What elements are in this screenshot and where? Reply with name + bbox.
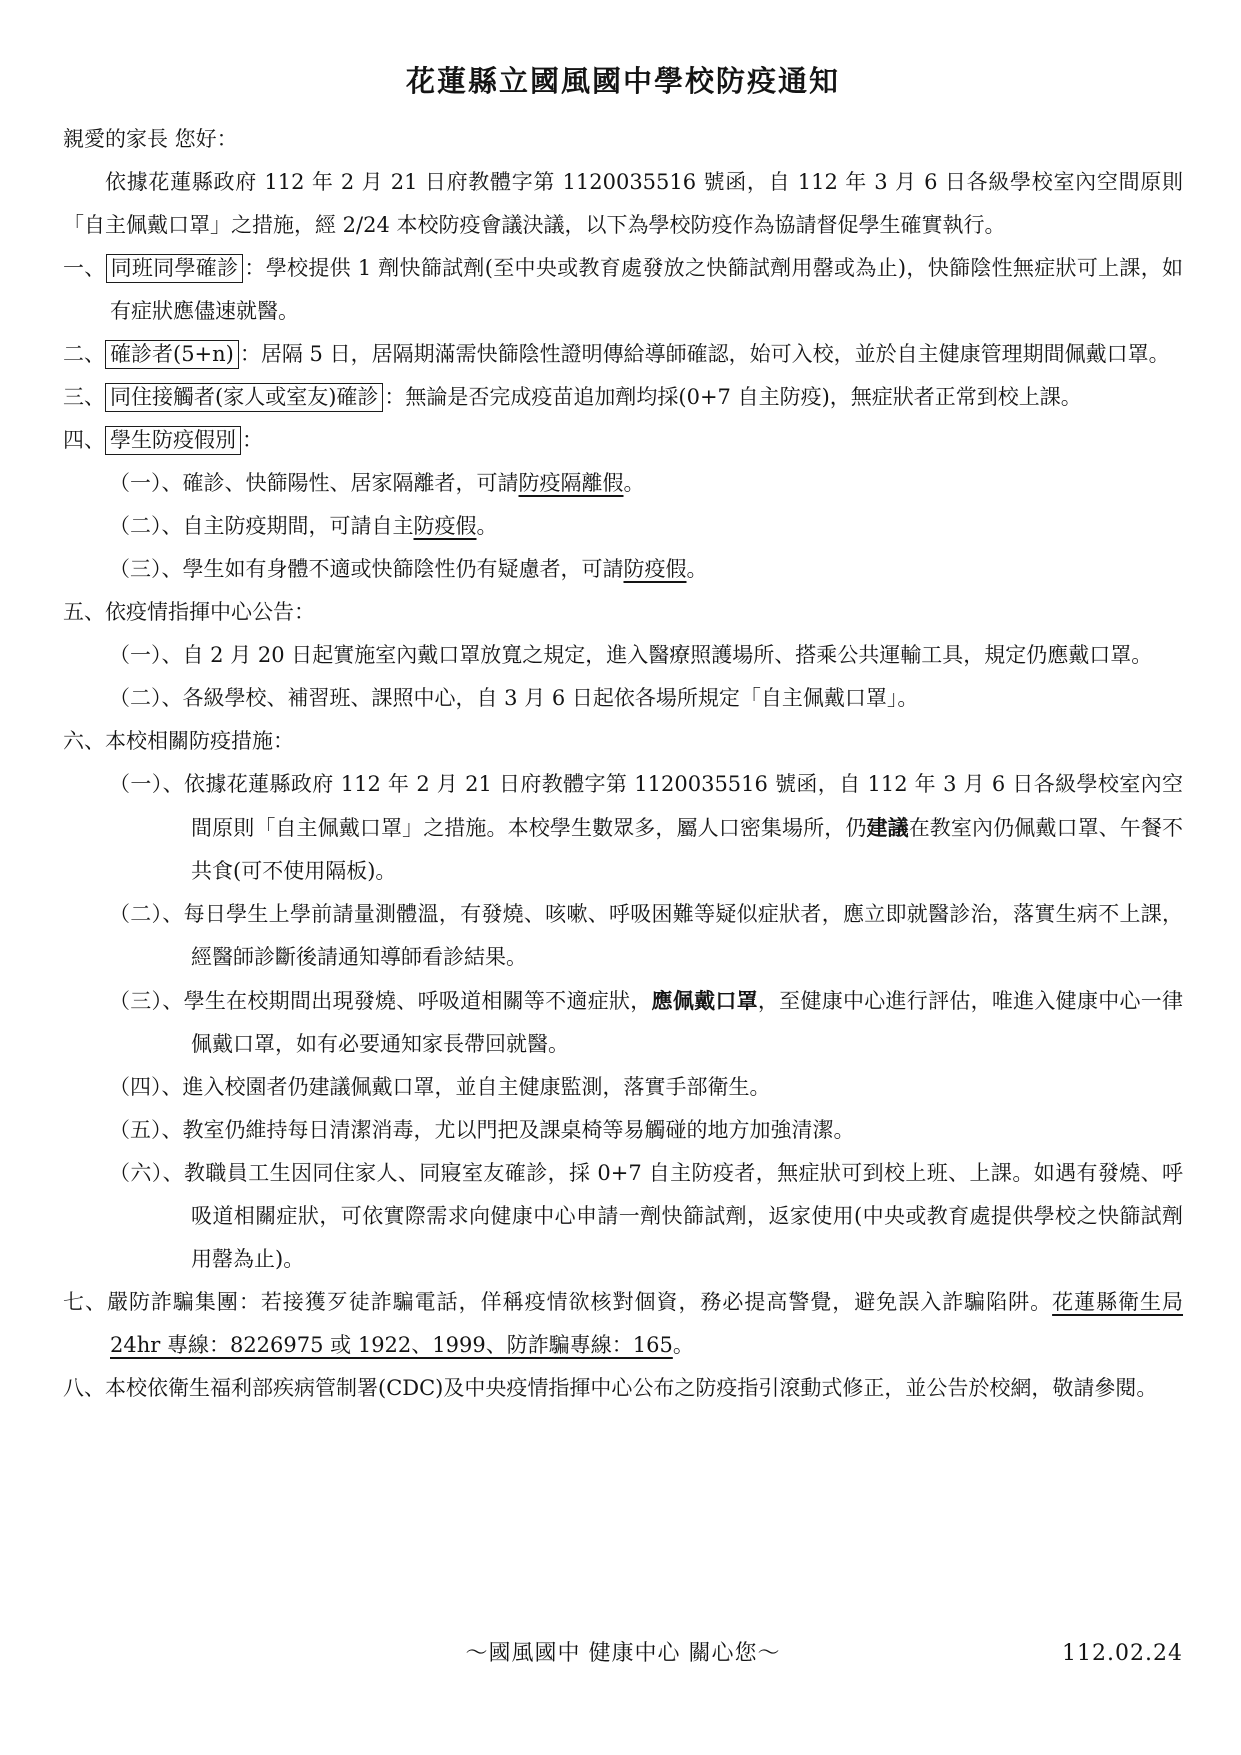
list-subitem: （六）、教職員工生因同住家人、同寢室友確診，採 0+7 自主防疫者，無症狀可到校… <box>63 1152 1183 1281</box>
list-subitem: （三）、學生如有身體不適或快篩陰性仍有疑慮者，可請防疫假。 <box>63 548 1183 591</box>
list-subitem: （四）、進入校園者仍建議佩戴口罩，並自主健康監測，落實手部衛生。 <box>63 1066 1183 1109</box>
list-subitem: （二）、每日學生上學前請量測體溫，有發燒、咳嗽、呼吸困難等疑似症狀者，應立即就醫… <box>63 893 1183 979</box>
text-segment: ： <box>242 428 263 452</box>
list-subitem: （一）、自 2 月 20 日起實施室內戴口罩放寬之規定，進入醫療照護場所、搭乘公… <box>63 634 1183 677</box>
text-segment: 確診、快篩陽性、居家隔離者，可請 <box>183 471 519 495</box>
greeting-line: 親愛的家長 您好： <box>63 118 1183 161</box>
text-segment: 學生在校期間出現發燒、呼吸道相關等不適症狀， <box>184 989 652 1013</box>
item-number: 五、 <box>63 600 105 624</box>
footer-slogan: ～國風國中 健康中心 關心您～ <box>63 1632 1183 1676</box>
subitem-number: （一）、 <box>109 643 183 667</box>
text-segment: 。 <box>687 557 708 581</box>
text-segment: 自 2 月 20 日起實施室內戴口罩放寬之規定，進入醫療照護場所、搭乘公共運輸工… <box>183 643 1153 667</box>
subitem-number: （四）、 <box>109 1075 183 1099</box>
text-segment: 教室仍維持每日清潔消毒，尤以門把及課桌椅等易觸碰的地方加強清潔。 <box>183 1118 855 1142</box>
footer: ～國風國中 健康中心 關心您～ 112.02.24 <box>63 1632 1183 1676</box>
list-item: 二、確診者(5+n)：居隔 5 日，居隔期滿需快篩陰性證明傳給導師確認，始可入校… <box>63 333 1183 376</box>
subitem-number: （三）、 <box>109 557 183 581</box>
subitem-number: （二）、 <box>109 686 183 710</box>
text-segment-bold: 建議 <box>866 815 908 840</box>
item-number: 七、 <box>63 1290 107 1314</box>
text-segment: ：居隔 5 日，居隔期滿需快篩陰性證明傳給導師確認，始可入校，並於自主健康管理期… <box>240 342 1170 366</box>
document-content: 花蓮縣立國風國中學校防疫通知 親愛的家長 您好： 依據花蓮縣政府 112 年 2… <box>63 58 1183 1410</box>
list-subitem: （三）、學生在校期間出現發燒、呼吸道相關等不適症狀，應佩戴口罩，至健康中心進行評… <box>63 979 1183 1066</box>
item-number: 三、 <box>63 385 105 409</box>
intro-paragraph: 依據花蓮縣政府 112 年 2 月 21 日府教體字第 1120035516 號… <box>63 161 1183 247</box>
page-title: 花蓮縣立國風國中學校防疫通知 <box>63 58 1183 104</box>
item-number: 六、 <box>63 729 105 753</box>
item-number: 一、 <box>63 256 106 280</box>
text-segment: 自主防疫期間，可請自主 <box>183 514 414 538</box>
notice-item-list: 一、同班同學確診：學校提供 1 劑快篩試劑(至中央或教育處發放之快篩試劑用罄或為… <box>63 247 1183 1410</box>
text-segment: 本校依衛生福利部疾病管制署(CDC)及中央疫情指揮中心公布之防疫指引滾動式修正，… <box>105 1376 1157 1400</box>
text-segment: 各級學校、補習班、課照中心，自 3 月 6 日起依各場所規定「自主佩戴口罩」。 <box>183 686 919 710</box>
text-segment: 每日學生上學前請量測體溫，有發燒、咳嗽、呼吸困難等疑似症狀者，應立即就醫診治，落… <box>184 902 1183 969</box>
list-item: 四、學生防疫假別： <box>63 419 1183 462</box>
text-segment: 。 <box>477 514 498 538</box>
item-number: 二、 <box>63 342 105 366</box>
text-segment: 依疫情指揮中心公告： <box>105 600 315 624</box>
subitem-number: （一）、 <box>109 471 183 495</box>
list-item: 五、依疫情指揮中心公告： <box>63 591 1183 634</box>
text-segment: ：學校提供 1 劑快篩試劑(至中央或教育處發放之快篩試劑用罄或為止)，快篩陰性無… <box>110 256 1183 323</box>
list-subitem: （五）、教室仍維持每日清潔消毒，尤以門把及課桌椅等易觸碰的地方加強清潔。 <box>63 1109 1183 1152</box>
text-segment: 本校相關防疫措施： <box>105 729 294 753</box>
list-subitem: （一）、依據花蓮縣政府 112 年 2 月 21 日府教體字第 11200355… <box>63 763 1183 893</box>
text-segment: 教職員工生因同住家人、同寢室友確診，採 0+7 自主防疫者，無症狀可到校上班、上… <box>184 1161 1183 1271</box>
text-segment: 嚴防詐騙集團：若接獲歹徒詐騙電話，佯稱疫情欲核對個資，務必提高警覺，避免誤入詐騙… <box>107 1290 1052 1314</box>
subitem-number: （六）、 <box>109 1161 184 1185</box>
text-segment-boxed: 確診者(5+n) <box>105 340 239 369</box>
text-segment: 進入校園者仍建議佩戴口罩，並自主健康監測，落實手部衛生。 <box>183 1075 771 1099</box>
text-segment-underline: 防疫假 <box>414 514 477 538</box>
text-segment-boxed: 學生防疫假別 <box>105 426 241 455</box>
subitem-number: （一）、 <box>109 772 184 796</box>
text-segment-boxed: 同住接觸者(家人或室友)確診 <box>105 383 383 412</box>
text-segment-bold: 應佩戴口罩 <box>652 988 758 1013</box>
text-segment-boxed: 同班同學確診 <box>106 254 244 283</box>
subitem-number: （二）、 <box>109 902 184 926</box>
item-number: 四、 <box>63 428 105 452</box>
text-segment: ：無論是否完成疫苗追加劑均採(0+7 自主防疫)，無症狀者正常到校上課。 <box>384 385 1081 409</box>
list-item: 六、本校相關防疫措施： <box>63 720 1183 763</box>
document-page: 花蓮縣立國風國中學校防疫通知 親愛的家長 您好： 依據花蓮縣政府 112 年 2… <box>0 0 1241 1755</box>
text-segment: 。 <box>624 471 645 495</box>
list-subitem: （一）、確診、快篩陽性、居家隔離者，可請防疫隔離假。 <box>63 462 1183 505</box>
list-item: 八、本校依衛生福利部疾病管制署(CDC)及中央疫情指揮中心公布之防疫指引滾動式修… <box>63 1367 1183 1410</box>
text-segment-underline: 防疫隔離假 <box>519 471 624 495</box>
subitem-number: （三）、 <box>109 989 184 1013</box>
subitem-number: （五）、 <box>109 1118 183 1142</box>
list-subitem: （二）、各級學校、補習班、課照中心，自 3 月 6 日起依各場所規定「自主佩戴口… <box>63 677 1183 720</box>
text-segment: 學生如有身體不適或快篩陰性仍有疑慮者，可請 <box>183 557 624 581</box>
list-item: 七、嚴防詐騙集團：若接獲歹徒詐騙電話，佯稱疫情欲核對個資，務必提高警覺，避免誤入… <box>63 1281 1183 1367</box>
text-segment-underline: 防疫假 <box>624 557 687 581</box>
footer-date: 112.02.24 <box>1062 1632 1183 1676</box>
list-subitem: （二）、自主防疫期間，可請自主防疫假。 <box>63 505 1183 548</box>
text-segment: 。 <box>673 1333 694 1357</box>
list-item: 一、同班同學確診：學校提供 1 劑快篩試劑(至中央或教育處發放之快篩試劑用罄或為… <box>63 247 1183 333</box>
item-number: 八、 <box>63 1376 105 1400</box>
list-item: 三、同住接觸者(家人或室友)確診：無論是否完成疫苗追加劑均採(0+7 自主防疫)… <box>63 376 1183 419</box>
subitem-number: （二）、 <box>109 514 183 538</box>
